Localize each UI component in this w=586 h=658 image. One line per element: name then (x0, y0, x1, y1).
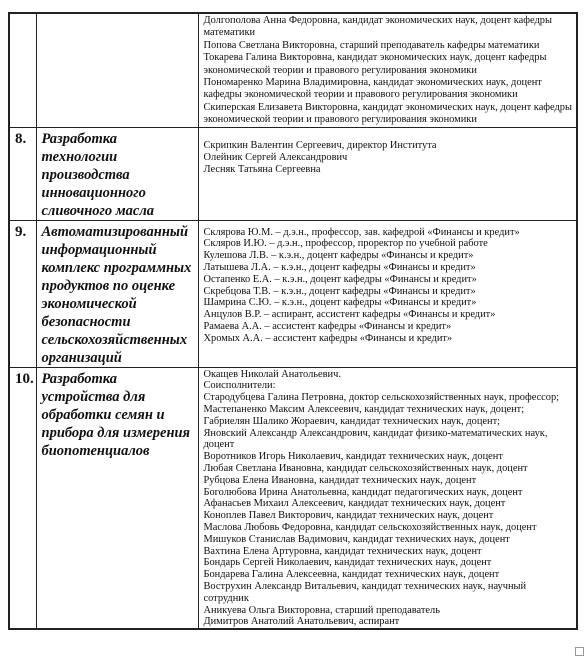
participant-entry: Маслова Любовь Федоровна, кандидат сельс… (204, 522, 575, 534)
participant-entry: Любая Светлана Ивановна, кандидат сельск… (204, 463, 575, 475)
row-number: 8. (9, 127, 36, 220)
participant-entry: Шамрина С.Ю. – к.э.н., доцент кафедры «Ф… (204, 297, 575, 309)
project-title: Автоматизированный информационный компле… (36, 220, 198, 367)
project-title: Разработка устройства для обработки семя… (36, 367, 198, 629)
projects-table: Долгополова Анна Федоровна, кандидат эко… (8, 12, 578, 630)
participant-entry: Яновский Александр Александрович, кандид… (204, 428, 575, 452)
participant-entry: Кулешова Л.В. – к.э.н., доцент кафедры «… (204, 250, 575, 262)
participant-entry: Лесняк Татьяна Сергеевна (204, 164, 575, 176)
participant-entry: Димитров Анатолий Анатольевич, аспирант (204, 616, 575, 628)
participant-entry: Аникуева Ольга Викторовна, старший препо… (204, 605, 575, 617)
project-title: Разработка технологии производства иннов… (36, 127, 198, 220)
participant-entry: Скребцова Т.В. – к.э.н., доцент кафедры … (204, 286, 575, 298)
participant-entry: Попова Светлана Викторовна, старший преп… (204, 40, 575, 52)
participant-entry: Анцулов В.Р. – аспирант, ассистент кафед… (204, 309, 575, 321)
participant-entry: Боголюбова Ирина Анатольевна, кандидат п… (204, 487, 575, 499)
participant-entry: Воротников Игорь Николаевич, кандидат те… (204, 451, 575, 463)
table-row: 8.Разработка технологии производства инн… (9, 127, 577, 220)
participant-entry: Склярова Ю.М. – д.э.н., профессор, зав. … (204, 227, 575, 239)
project-title (36, 13, 198, 127)
table-resize-handle[interactable] (575, 647, 584, 656)
row-number: 9. (9, 220, 36, 367)
participant-entry: Скрипкин Валентин Сергеевич, директор Ин… (204, 140, 575, 152)
table-row: Долгополова Анна Федоровна, кандидат эко… (9, 13, 577, 127)
row-number (9, 13, 36, 127)
project-participants: Окащев Николай Анатольевич.Соисполнители… (198, 367, 577, 629)
participant-entry: Окащев Николай Анатольевич. (204, 369, 575, 381)
participant-entry: Афанасьев Михаил Алексеевич, кандидат те… (204, 498, 575, 510)
participant-entry: Рубцова Елена Ивановна, кандидат техниче… (204, 475, 575, 487)
participant-entry: Мастепаненко Максим Алексеевич, кандидат… (204, 404, 575, 416)
participant-entry: Коноплев Павел Викторович, кандидат техн… (204, 510, 575, 522)
participant-entry: Рамаева А.А. – ассистент кафедры «Финанс… (204, 321, 575, 333)
project-participants: Долгополова Анна Федоровна, кандидат эко… (198, 13, 577, 127)
participant-entry: Вахтина Елена Артуровна, кандидат технич… (204, 546, 575, 558)
project-participants: Скрипкин Валентин Сергеевич, директор Ин… (198, 127, 577, 220)
table-row: 9.Автоматизированный информационный комп… (9, 220, 577, 367)
row-number: 10. (9, 367, 36, 629)
participant-entry: Скляров И.Ю. – д.э.н., профессор, прорек… (204, 238, 575, 250)
participant-entry: Вострухин Александр Витальевич, кандидат… (204, 581, 575, 605)
participant-entry: Олейник Сергей Александрович (204, 152, 575, 164)
participant-entry: Бондарь Сергей Николаевич, кандидат техн… (204, 557, 575, 569)
participant-entry: Скиперская Елизавета Викторовна, кандида… (204, 102, 575, 127)
participant-entry: Мишуков Станислав Вадимович, кандидат те… (204, 534, 575, 546)
participant-entry: Бондарева Галина Алексеевна, кандидат те… (204, 569, 575, 581)
participant-entry: Токарева Галина Викторовна, кандидат эко… (204, 52, 575, 77)
participant-entry: Габриелян Шалико Жораевич, кандидат техн… (204, 416, 575, 428)
participant-entry: Остапенко Е.А. – к.э.н., доцент кафедры … (204, 274, 575, 286)
table-row: 10.Разработка устройства для обработки с… (9, 367, 577, 629)
project-participants: Склярова Ю.М. – д.э.н., профессор, зав. … (198, 220, 577, 367)
participant-entry: Соисполнители: (204, 380, 575, 392)
participant-entry: Пономаренко Марина Владимировна, кандида… (204, 77, 575, 102)
participant-entry: Стародубцева Галина Петровна, доктор сел… (204, 392, 575, 404)
participant-entry: Латышева Л.А. – к.э.н., доцент кафедры «… (204, 262, 575, 274)
participant-entry: Хромых А.А. – ассистент кафедры «Финансы… (204, 333, 575, 345)
participant-entry: Долгополова Анна Федоровна, кандидат эко… (204, 15, 575, 40)
